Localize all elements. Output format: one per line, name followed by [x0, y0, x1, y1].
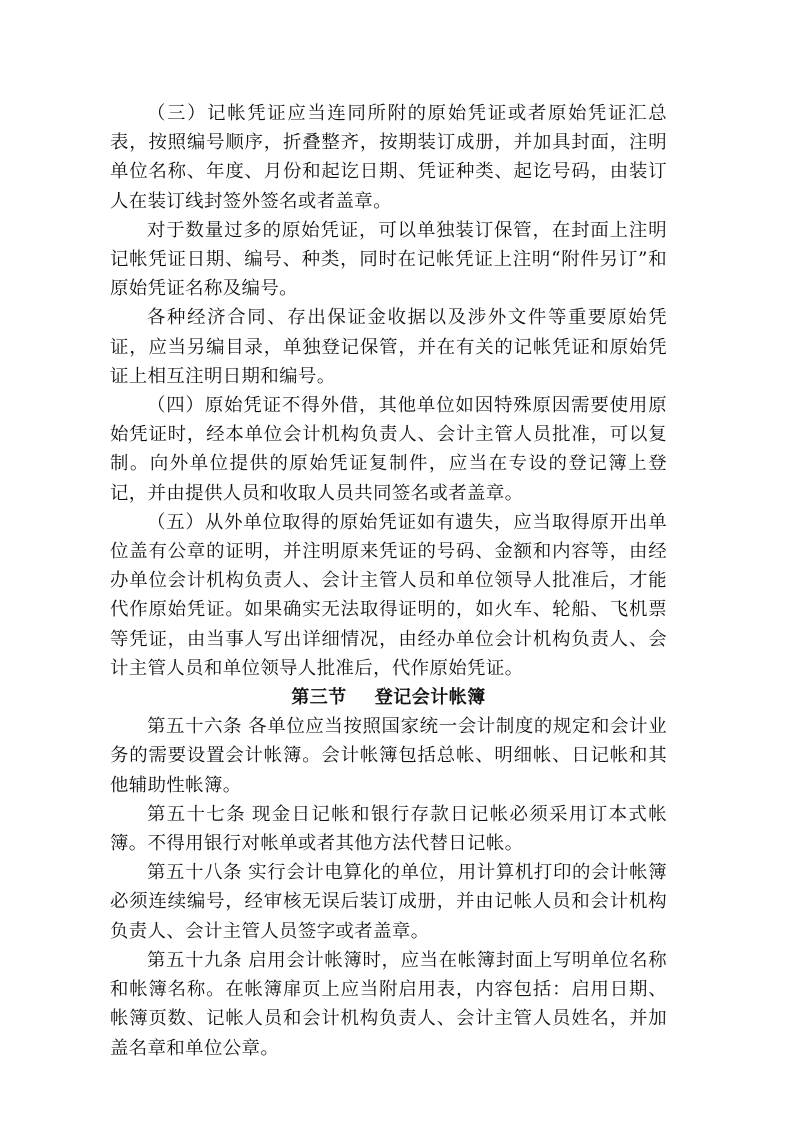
paragraph-important-vouchers: 各种经济合同、存出保证金收据以及涉外文件等重要原始凭证，应当另编目录，单独登记保…	[110, 303, 667, 391]
document-page: （三）记帐凭证应当连同所附的原始凭证或者原始凭证汇总表，按照编号顺序，折叠整齐，…	[110, 99, 667, 1063]
paragraph-lost-vouchers: （五）从外单位取得的原始凭证如有遗失，应当取得原开出单位盖有公章的证明，并注明原…	[110, 508, 667, 683]
section-heading: 第三节登记会计帐簿	[110, 683, 667, 712]
article-59: 第五十九条启用会计帐簿时，应当在帐簿封面上写明单位名称和帐簿名称。在帐簿扉页上应…	[110, 946, 667, 1063]
paragraph-excess-vouchers: 对于数量过多的原始凭证，可以单独装订保管，在封面上注明记帐凭证日期、编号、种类，…	[110, 216, 667, 304]
article-57: 第五十七条现金日记帐和银行存款日记帐必须采用订本式帐簿。不得用银行对帐单或者其他…	[110, 800, 667, 858]
article-number: 第五十七条	[147, 804, 246, 825]
section-number: 第三节	[291, 687, 347, 708]
article-58: 第五十八条实行会计电算化的单位，用计算机打印的会计帐簿必须连续编号，经审核无误后…	[110, 858, 667, 946]
section-title: 登记会计帐簿	[375, 687, 486, 708]
article-number: 第五十八条	[147, 862, 242, 883]
article-56: 第五十六条各单位应当按照国家统一会计制度的规定和会计业务的需要设置会计帐簿。会计…	[110, 712, 667, 800]
article-number: 第五十六条	[147, 716, 242, 737]
article-number: 第五十九条	[147, 950, 242, 971]
paragraph-no-lending: （四）原始凭证不得外借，其他单位如因特殊原因需要使用原始凭证时，经本单位会计机构…	[110, 391, 667, 508]
paragraph-binding-vouchers: （三）记帐凭证应当连同所附的原始凭证或者原始凭证汇总表，按照编号顺序，折叠整齐，…	[110, 99, 667, 216]
